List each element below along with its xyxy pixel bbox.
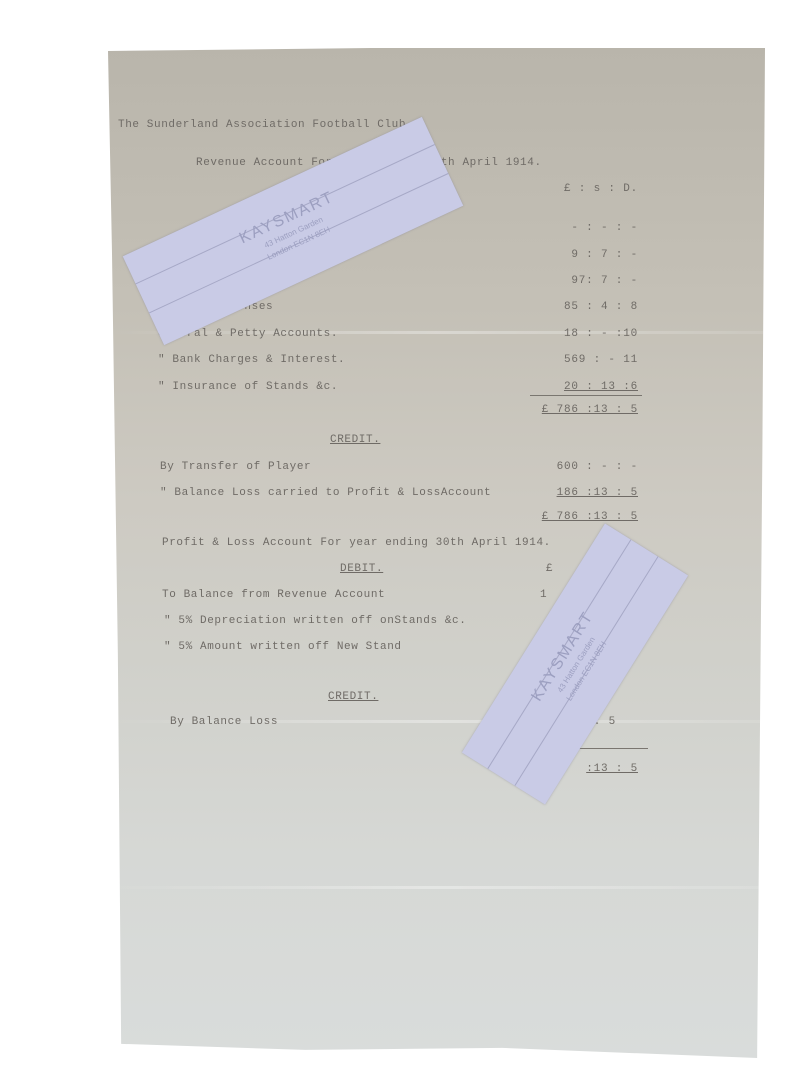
subtotal-rule (530, 395, 642, 396)
currency-header: £ : s : D. (564, 183, 638, 195)
debit-amount-1: 9 : 7 : - (571, 249, 638, 261)
debit-amount-5: 569 : - 11 (564, 354, 638, 366)
debit-label-6: " Insurance of Stands &c. (158, 381, 338, 393)
debit-amount-6: 20 : 13 :6 (564, 381, 638, 393)
debit-amount-4: 18 : - :10 (564, 328, 638, 340)
pl-debit-label-0: To Balance from Revenue Account (162, 589, 385, 601)
pl-debit-label-1: " 5% Depreciation written off onStands &… (164, 615, 466, 627)
pl-credit-heading: CREDIT. (328, 691, 378, 703)
credit-total: £ 786 :13 : 5 (542, 511, 638, 523)
pl-credit-total: :13 : 5 (586, 763, 638, 775)
credit-label-1: " Balance Loss carried to Profit & LossA… (160, 487, 491, 499)
pl-heading: Profit & Loss Account For year ending 30… (162, 537, 551, 549)
paper-fold (108, 886, 765, 889)
debit-label-5: " Bank Charges & Interest. (158, 354, 345, 366)
pl-currency: £ (546, 563, 553, 575)
debit-amount-0: - : - : - (571, 222, 638, 234)
pl-credit-label-0: By Balance Loss (170, 716, 278, 728)
credit-heading: CREDIT. (330, 434, 380, 446)
credit-amount-0: 600 : - : - (557, 461, 638, 473)
credit-label-0: By Transfer of Player (160, 461, 311, 473)
club-title: The Sunderland Association Football Club… (118, 119, 413, 131)
debit-amount-2: 97: 7 : - (571, 275, 638, 287)
pl-debit-heading: DEBIT. (340, 563, 383, 575)
pl-debit-amount-0: 1 (540, 589, 547, 601)
pl-debit-label-2: " 5% Amount written off New Stand (164, 641, 402, 653)
credit-amount-1: 186 :13 : 5 (557, 487, 638, 499)
debit-total: £ 786 :13 : 5 (542, 404, 638, 416)
debit-amount-3: 85 : 4 : 8 (564, 301, 638, 313)
